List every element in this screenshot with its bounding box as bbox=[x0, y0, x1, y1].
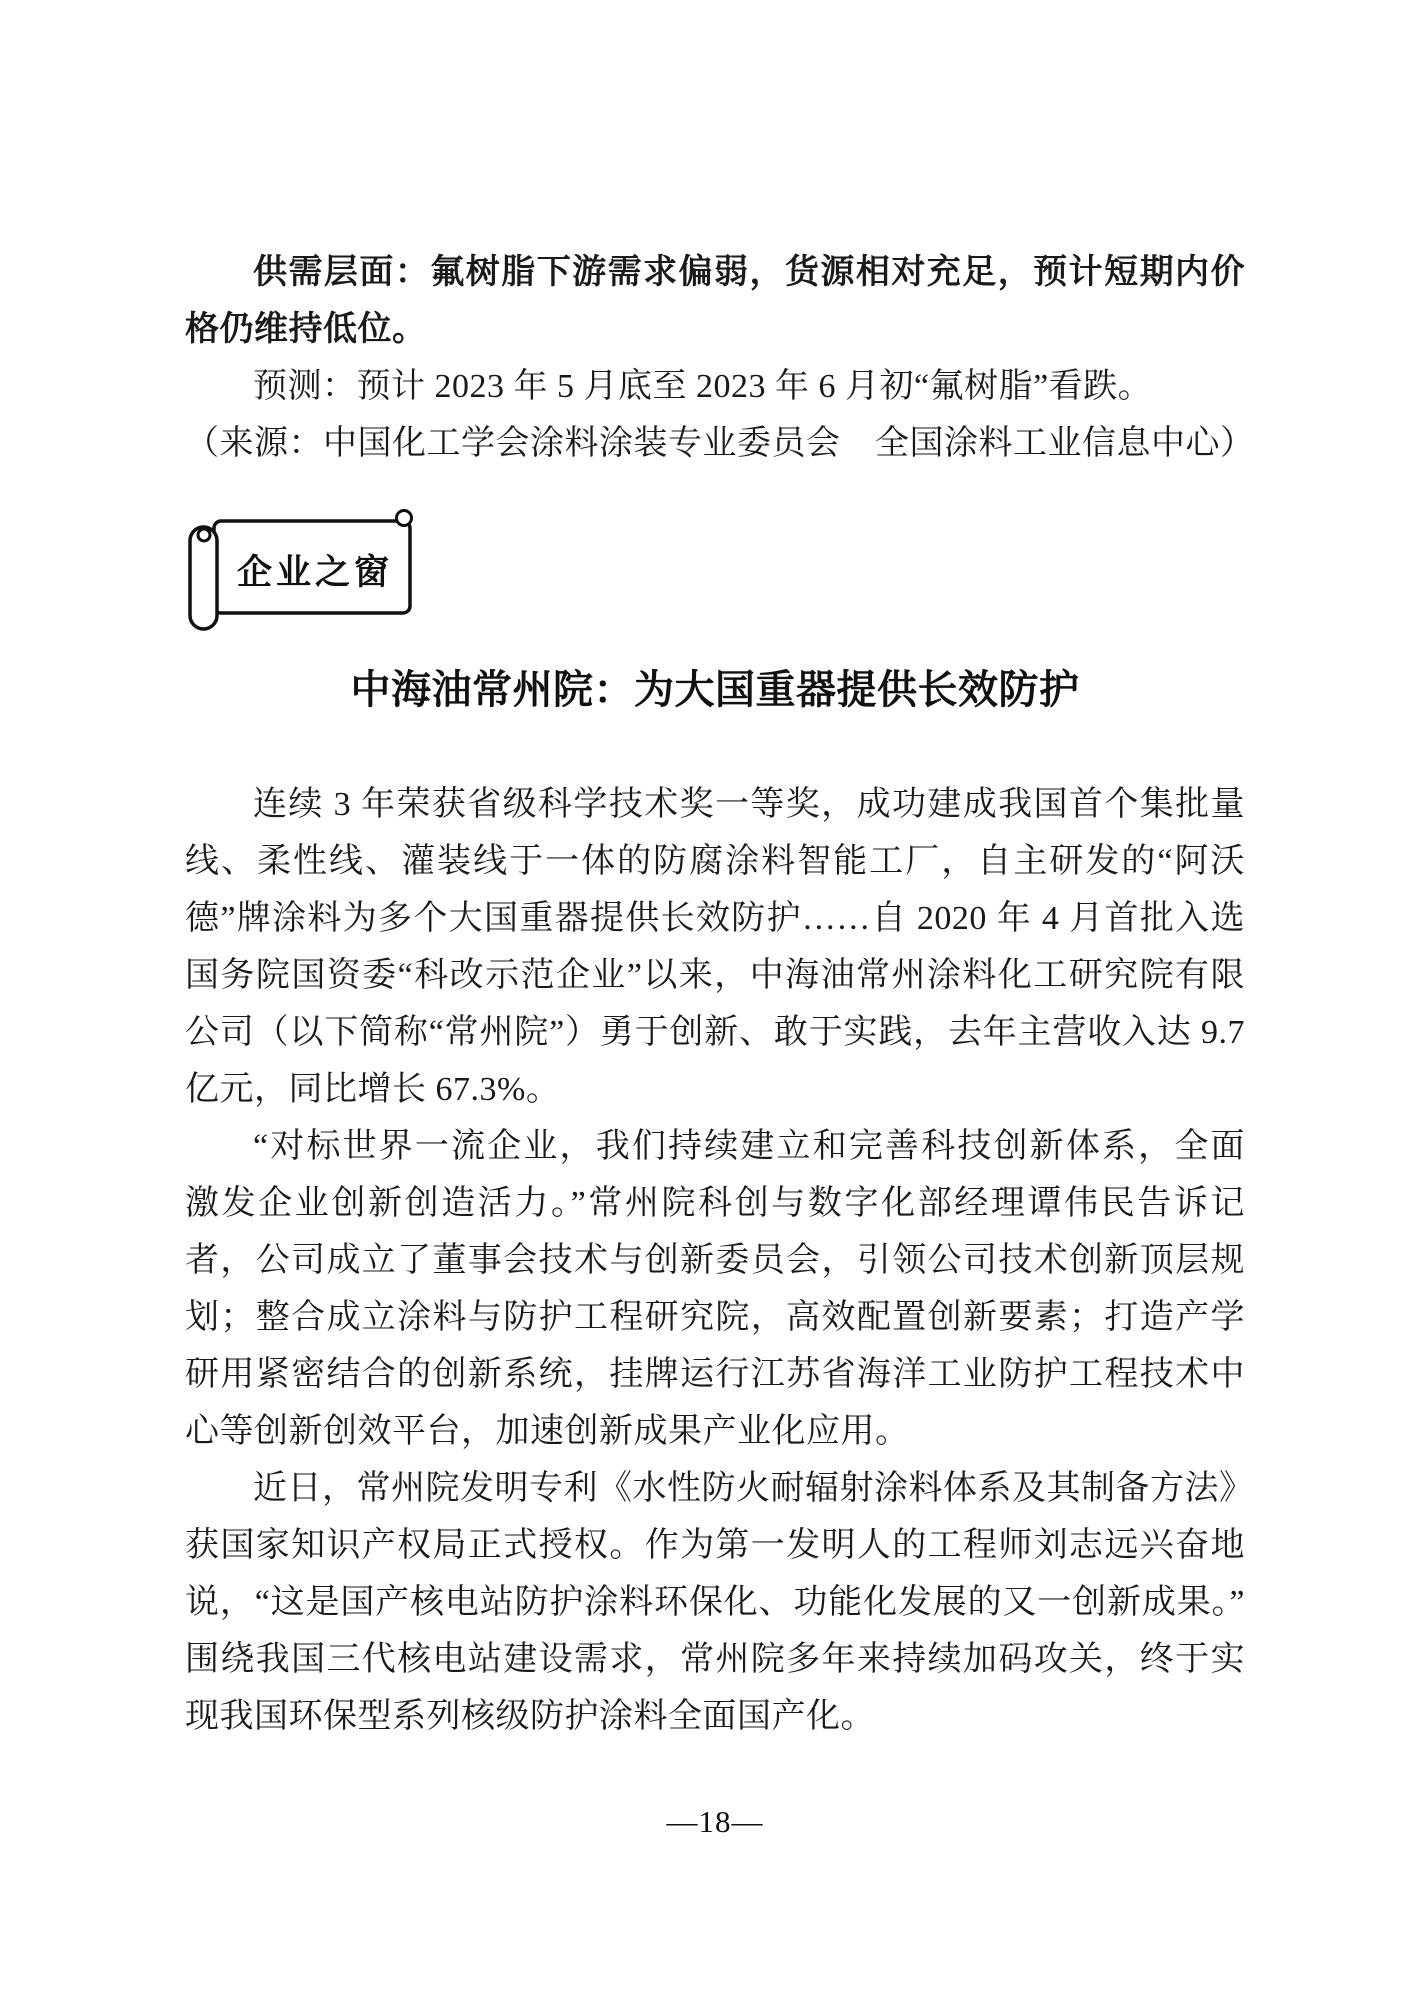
article-line: 线、柔性线、灌装线于一体的防腐涂料智能工厂，自主研发的“阿沃 bbox=[185, 833, 1245, 890]
article-line: 说，“这是国产核电站防护涂料环保化、功能化发展的又一创新成果。” bbox=[185, 1574, 1245, 1631]
supply-demand-line-1: 供需层面：氟树脂下游需求偏弱，货源相对充足，预计短期内价 bbox=[185, 244, 1245, 301]
source-paragraph: （来源：中国化工学会涂料涂装专业委员会 全国涂料工业信息中心） bbox=[185, 415, 1245, 472]
source-line: （来源：中国化工学会涂料涂装专业委员会 全国涂料工业信息中心） bbox=[185, 415, 1245, 472]
article-line: 者，公司成立了董事会技术与创新委员会，引领公司技术创新顶层规 bbox=[185, 1232, 1245, 1289]
supply-demand-paragraph: 供需层面：氟树脂下游需求偏弱，货源相对充足，预计短期内价 格仍维持低位。 bbox=[185, 244, 1245, 358]
article-title: 中海油常州院：为大国重器提供长效防护 bbox=[185, 662, 1245, 718]
page-number: —18— bbox=[185, 1804, 1245, 1840]
article-line: 德”牌涂料为多个大国重器提供长效防护……自 2020 年 4 月首批入选 bbox=[185, 890, 1245, 947]
article-line: 亿元，同比增长 67.3%。 bbox=[185, 1061, 1245, 1118]
article-line: 近日，常州院发明专利《水性防火耐辐射涂料体系及其制备方法》 bbox=[185, 1460, 1245, 1517]
article-line: 心等创新创效平台，加速创新成果产业化应用。 bbox=[185, 1403, 1245, 1460]
forecast-paragraph: 预测：预计 2023 年 5 月底至 2023 年 6 月初“氟树脂”看跌。 bbox=[185, 358, 1245, 415]
forecast-line: 预测：预计 2023 年 5 月底至 2023 年 6 月初“氟树脂”看跌。 bbox=[185, 358, 1245, 415]
article-line: 激发企业创新创造活力。”常州院科创与数字化部经理谭伟民告诉记 bbox=[185, 1175, 1245, 1232]
article-line: 划；整合成立涂料与防护工程研究院，高效配置创新要素；打造产学 bbox=[185, 1289, 1245, 1346]
article-body: 连续 3 年荣获省级科学技术奖一等奖，成功建成我国首个集批量 线、柔性线、灌装线… bbox=[185, 776, 1245, 1745]
article-line: 公司（以下简称“常州院”）勇于创新、敢于实践，去年主营收入达 9.7 bbox=[185, 1004, 1245, 1061]
article-line: “对标世界一流企业，我们持续建立和完善科技创新体系，全面 bbox=[185, 1118, 1245, 1175]
article-line: 研用紧密结合的创新系统，挂牌运行江苏省海洋工业防护工程技术中 bbox=[185, 1346, 1245, 1403]
supply-demand-line-2: 格仍维持低位。 bbox=[185, 301, 1245, 358]
article-line: 围绕我国三代核电站建设需求，常州院多年来持续加码攻关，终于实 bbox=[185, 1631, 1245, 1688]
document-page: 供需层面：氟树脂下游需求偏弱，货源相对充足，预计短期内价 格仍维持低位。 预测：… bbox=[0, 0, 1415, 2000]
article-line: 连续 3 年荣获省级科学技术奖一等奖，成功建成我国首个集批量 bbox=[185, 776, 1245, 833]
article-line: 国务院国资委“科改示范企业”以来，中海油常州涂料化工研究院有限 bbox=[185, 947, 1245, 1004]
article-line: 现我国环保型系列核级防护涂料全面国产化。 bbox=[185, 1688, 1245, 1745]
section-banner-label: 企业之窗 bbox=[220, 545, 410, 595]
article-line: 获国家知识产权局正式授权。作为第一发明人的工程师刘志远兴奋地 bbox=[185, 1517, 1245, 1574]
section-banner: 企业之窗 bbox=[180, 505, 430, 635]
